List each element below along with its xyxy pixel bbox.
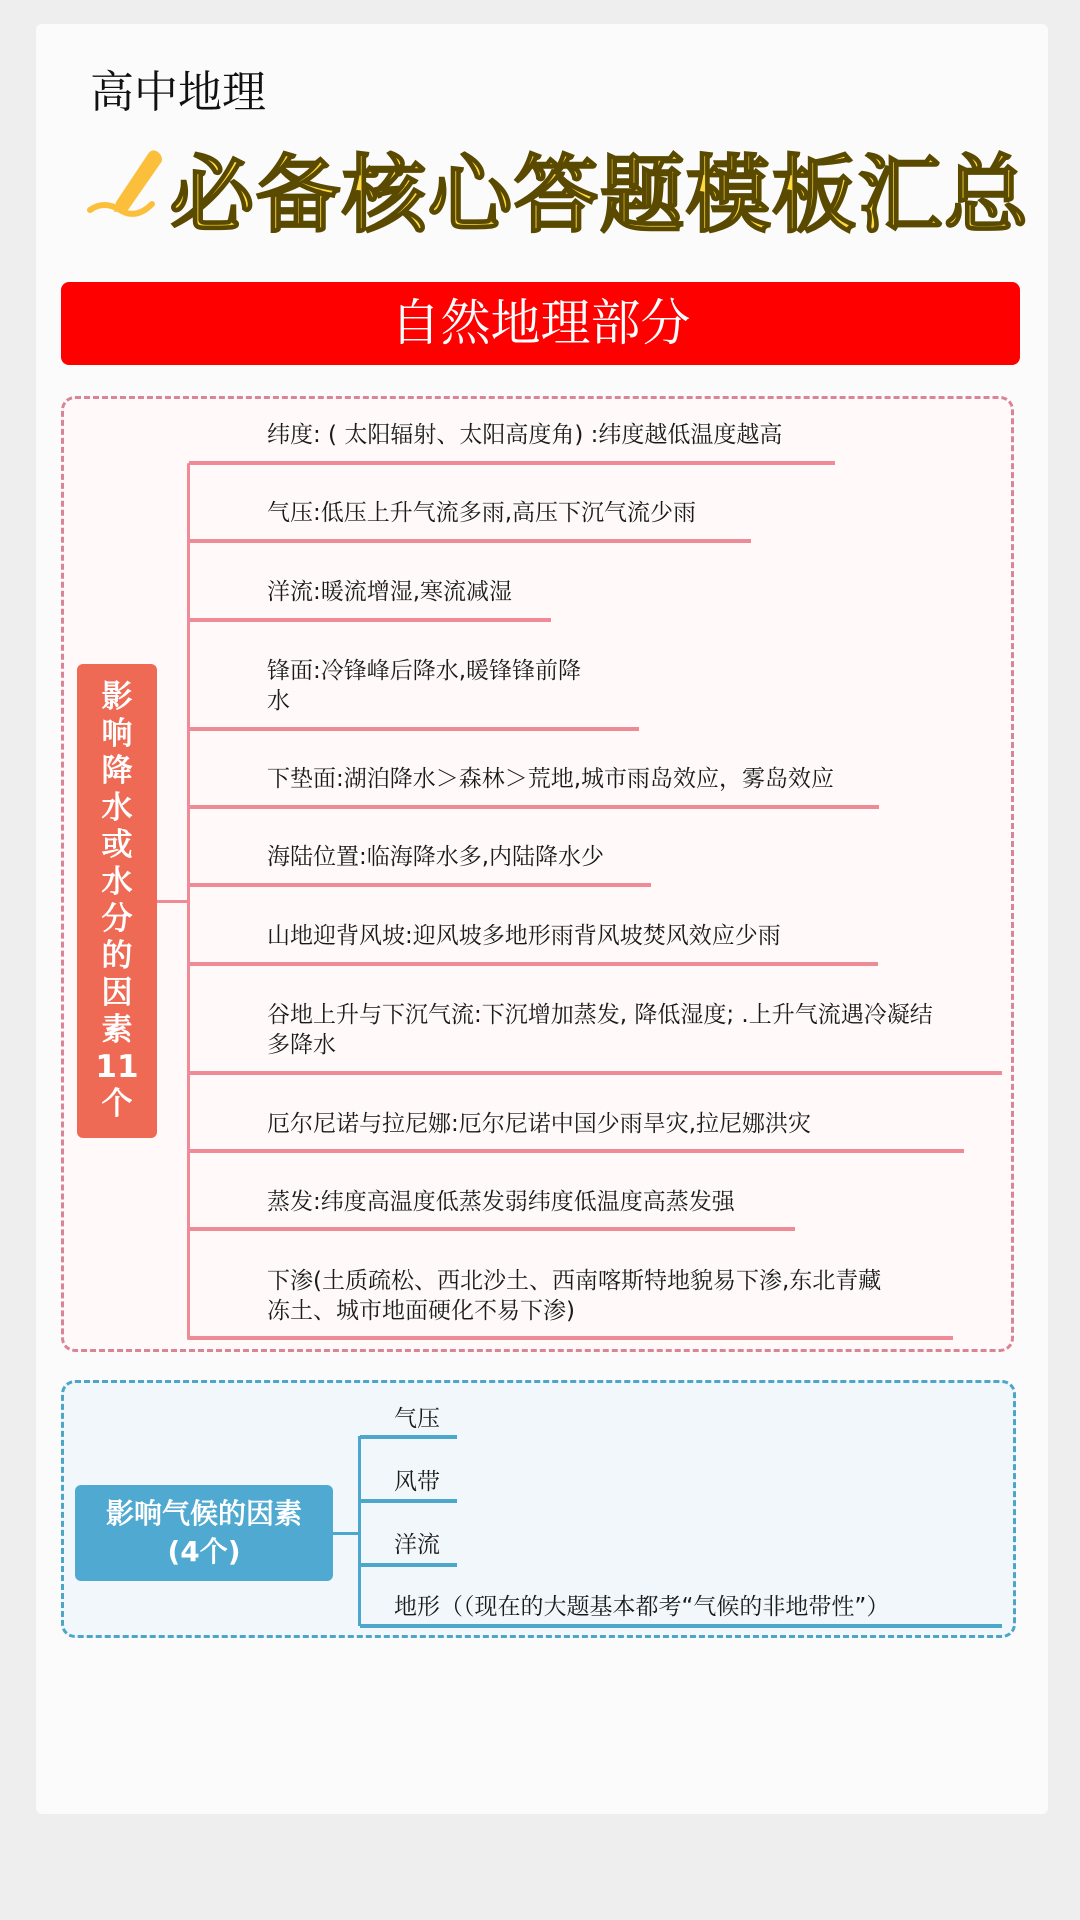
- node-char: 个: [102, 1086, 133, 1123]
- precipitation-root-node: 影 响 降 水 或 水 分 的 因 素 11 个: [77, 664, 157, 1138]
- item-underline: [189, 1227, 795, 1231]
- node-char: 水: [102, 864, 133, 901]
- item-underline: [189, 539, 751, 543]
- subject-label: 高中地理: [90, 56, 266, 120]
- list-item: 洋流: [394, 1526, 440, 1559]
- list-item: 厄尔尼诺与拉尼娜:厄尔尼诺中国少雨旱灾,拉尼娜洪灾: [267, 1109, 811, 1139]
- item-underline: [360, 1435, 457, 1439]
- node-count: (4个): [75, 1533, 333, 1571]
- item-underline: [189, 461, 835, 465]
- node-char: 响: [102, 716, 133, 753]
- list-item: 山地迎背风坡:迎风坡多地形雨背风坡焚风效应少雨: [267, 921, 781, 951]
- list-item: 风带: [394, 1463, 440, 1496]
- item-underline: [189, 618, 551, 622]
- list-item: 地形（（现在的大题基本都考“气候的非地带性”）: [394, 1588, 889, 1621]
- item-underline: [189, 883, 651, 887]
- node-char: 因: [102, 975, 133, 1012]
- list-item: 下垫面:湖泊降水＞森林＞荒地,城市雨岛效应，雾岛效应: [267, 764, 834, 794]
- node-char: 影: [102, 679, 133, 716]
- connector-line: [157, 900, 189, 903]
- climate-root-node: 影响气候的因素 (4个): [75, 1485, 333, 1581]
- list-item: 蒸发:纬度高温度低蒸发弱纬度低温度高蒸发强: [267, 1187, 735, 1217]
- list-item: 下渗(土质疏松、西北沙土、西南喀斯特地貌易下渗,东北青藏冻土、城市地面硬化不易下…: [267, 1266, 881, 1326]
- node-char: 11: [95, 1049, 138, 1086]
- list-item: 气压: [394, 1400, 440, 1433]
- item-underline: [189, 1336, 953, 1340]
- item-underline: [360, 1563, 457, 1567]
- list-item: 锋面:冷锋峰后降水,暖锋锋前降水: [267, 656, 581, 716]
- list-item: 纬度: ( 太阳辐射、太阳高度角) :纬度越低温度越高: [267, 420, 782, 450]
- list-item: 海陆位置:临海降水多,内陆降水少: [267, 842, 604, 872]
- node-char: 素: [102, 1012, 133, 1049]
- section-banner: 自然地理部分: [61, 282, 1020, 365]
- list-item: 洋流:暖流增湿,寒流减湿: [267, 577, 512, 607]
- item-underline: [189, 727, 639, 731]
- main-title: 必备核心答题模板汇总: [170, 128, 1030, 249]
- node-char: 降: [102, 753, 133, 790]
- node-char: 水: [102, 790, 133, 827]
- item-underline: [189, 1071, 1002, 1075]
- item-underline: [360, 1499, 457, 1503]
- connector-line: [333, 1532, 360, 1535]
- list-item: 谷地上升与下沉气流:下沉增加蒸发, 降低湿度; .上升气流遇冷凝结多降水: [267, 1000, 933, 1060]
- item-underline: [189, 805, 879, 809]
- node-title: 影响气候的因素: [75, 1495, 333, 1533]
- trunk-line: [187, 463, 190, 1340]
- node-char: 或: [102, 827, 133, 864]
- node-char: 的: [102, 938, 133, 975]
- item-underline: [189, 1149, 964, 1153]
- item-underline: [189, 962, 878, 966]
- trunk-line: [358, 1436, 361, 1626]
- pencil-icon: [86, 140, 164, 220]
- node-char: 分: [102, 901, 133, 938]
- list-item: 气压:低压上升气流多雨,高压下沉气流少雨: [267, 498, 696, 528]
- item-underline: [360, 1624, 1002, 1628]
